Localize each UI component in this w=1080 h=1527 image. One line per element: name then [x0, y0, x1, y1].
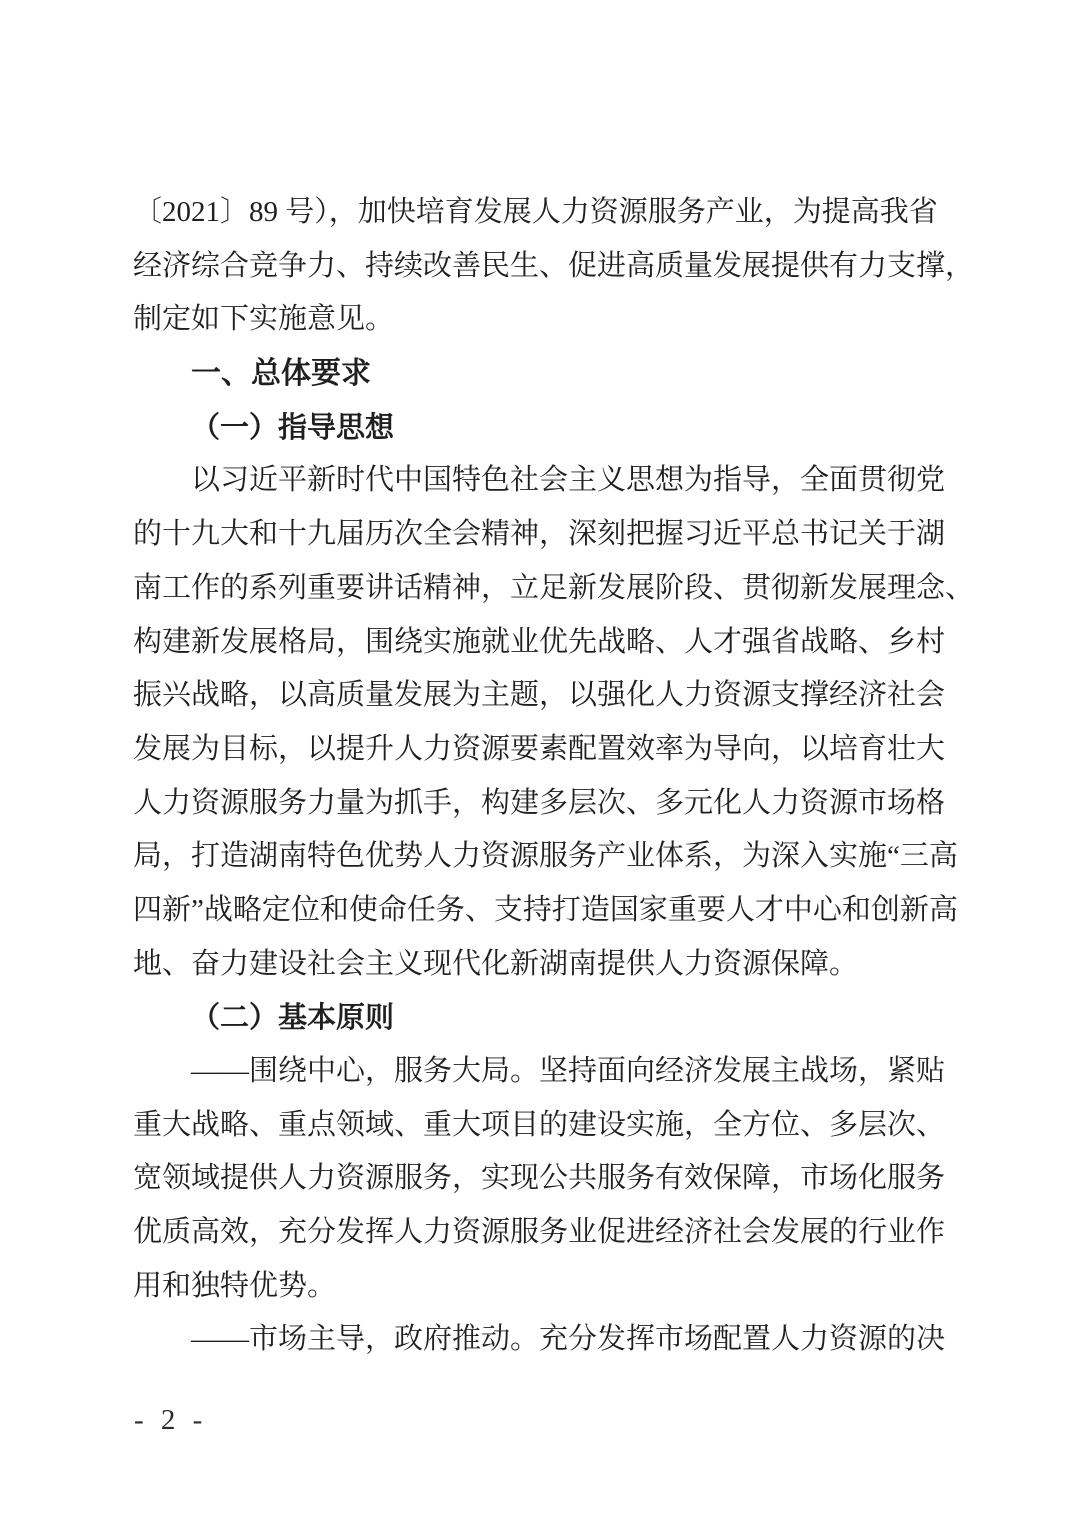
doc-line: 南工作的系列重要讲话精神，立足新发展阶段、贯彻新发展理念、	[133, 562, 1013, 616]
doc-line: 经济综合竞争力、持续改善民生、促进高质量发展提供有力支撑，	[133, 240, 1013, 294]
doc-line: ——市场主导，政府推动。充分发挥市场配置人力资源的决	[133, 1313, 1013, 1367]
doc-line: 优质高效，充分发挥人力资源服务业促进经济社会发展的行业作	[133, 1206, 1013, 1260]
doc-line: 局，打造湖南特色优势人力资源服务产业体系，为深入实施“三高	[133, 830, 1013, 884]
doc-line: 振兴战略，以高质量发展为主题，以强化人力资源支撑经济社会	[133, 669, 1013, 723]
heading-overall-requirements: 一、总体要求	[133, 347, 1013, 401]
doc-line: 的十九大和十九届历次全会精神，深刻把握习近平总书记关于湖	[133, 508, 1013, 562]
doc-line: ——围绕中心，服务大局。坚持面向经济发展主战场，紧贴	[133, 1045, 1013, 1099]
doc-line: 构建新发展格局，围绕实施就业优先战略、人才强省战略、乡村	[133, 616, 1013, 670]
doc-line: 地、奋力建设社会主义现代化新湖南提供人力资源保障。	[133, 938, 1013, 992]
doc-line: 人力资源服务力量为抓手，构建多层次、多元化人力资源市场格	[133, 777, 1013, 831]
doc-line: 制定如下实施意见。	[133, 293, 1013, 347]
doc-line: 用和独特优势。	[133, 1260, 1013, 1314]
doc-line: 发展为目标，以提升人力资源要素配置效率为导向，以培育壮大	[133, 723, 1013, 777]
doc-line: 宽领域提供人力资源服务，实现公共服务有效保障，市场化服务	[133, 1152, 1013, 1206]
subheading-basic-principles: （二）基本原则	[133, 991, 1013, 1045]
doc-line: 〔2021〕89 号），加快培育发展人力资源服务产业，为提高我省	[133, 186, 1013, 240]
document-page: 〔2021〕89 号），加快培育发展人力资源服务产业，为提高我省 经济综合竞争力…	[0, 0, 1080, 1527]
doc-line: 以习近平新时代中国特色社会主义思想为指导，全面贯彻党	[133, 454, 1013, 508]
page-number: - 2 -	[134, 1404, 207, 1437]
subheading-guiding-ideology: （一）指导思想	[133, 401, 1013, 455]
doc-line: 四新”战略定位和使命任务、支持打造国家重要人才中心和创新高	[133, 884, 1013, 938]
document-text-block: 〔2021〕89 号），加快培育发展人力资源服务产业，为提高我省 经济综合竞争力…	[133, 186, 1013, 1367]
doc-line: 重大战略、重点领域、重大项目的建设实施，全方位、多层次、	[133, 1099, 1013, 1153]
